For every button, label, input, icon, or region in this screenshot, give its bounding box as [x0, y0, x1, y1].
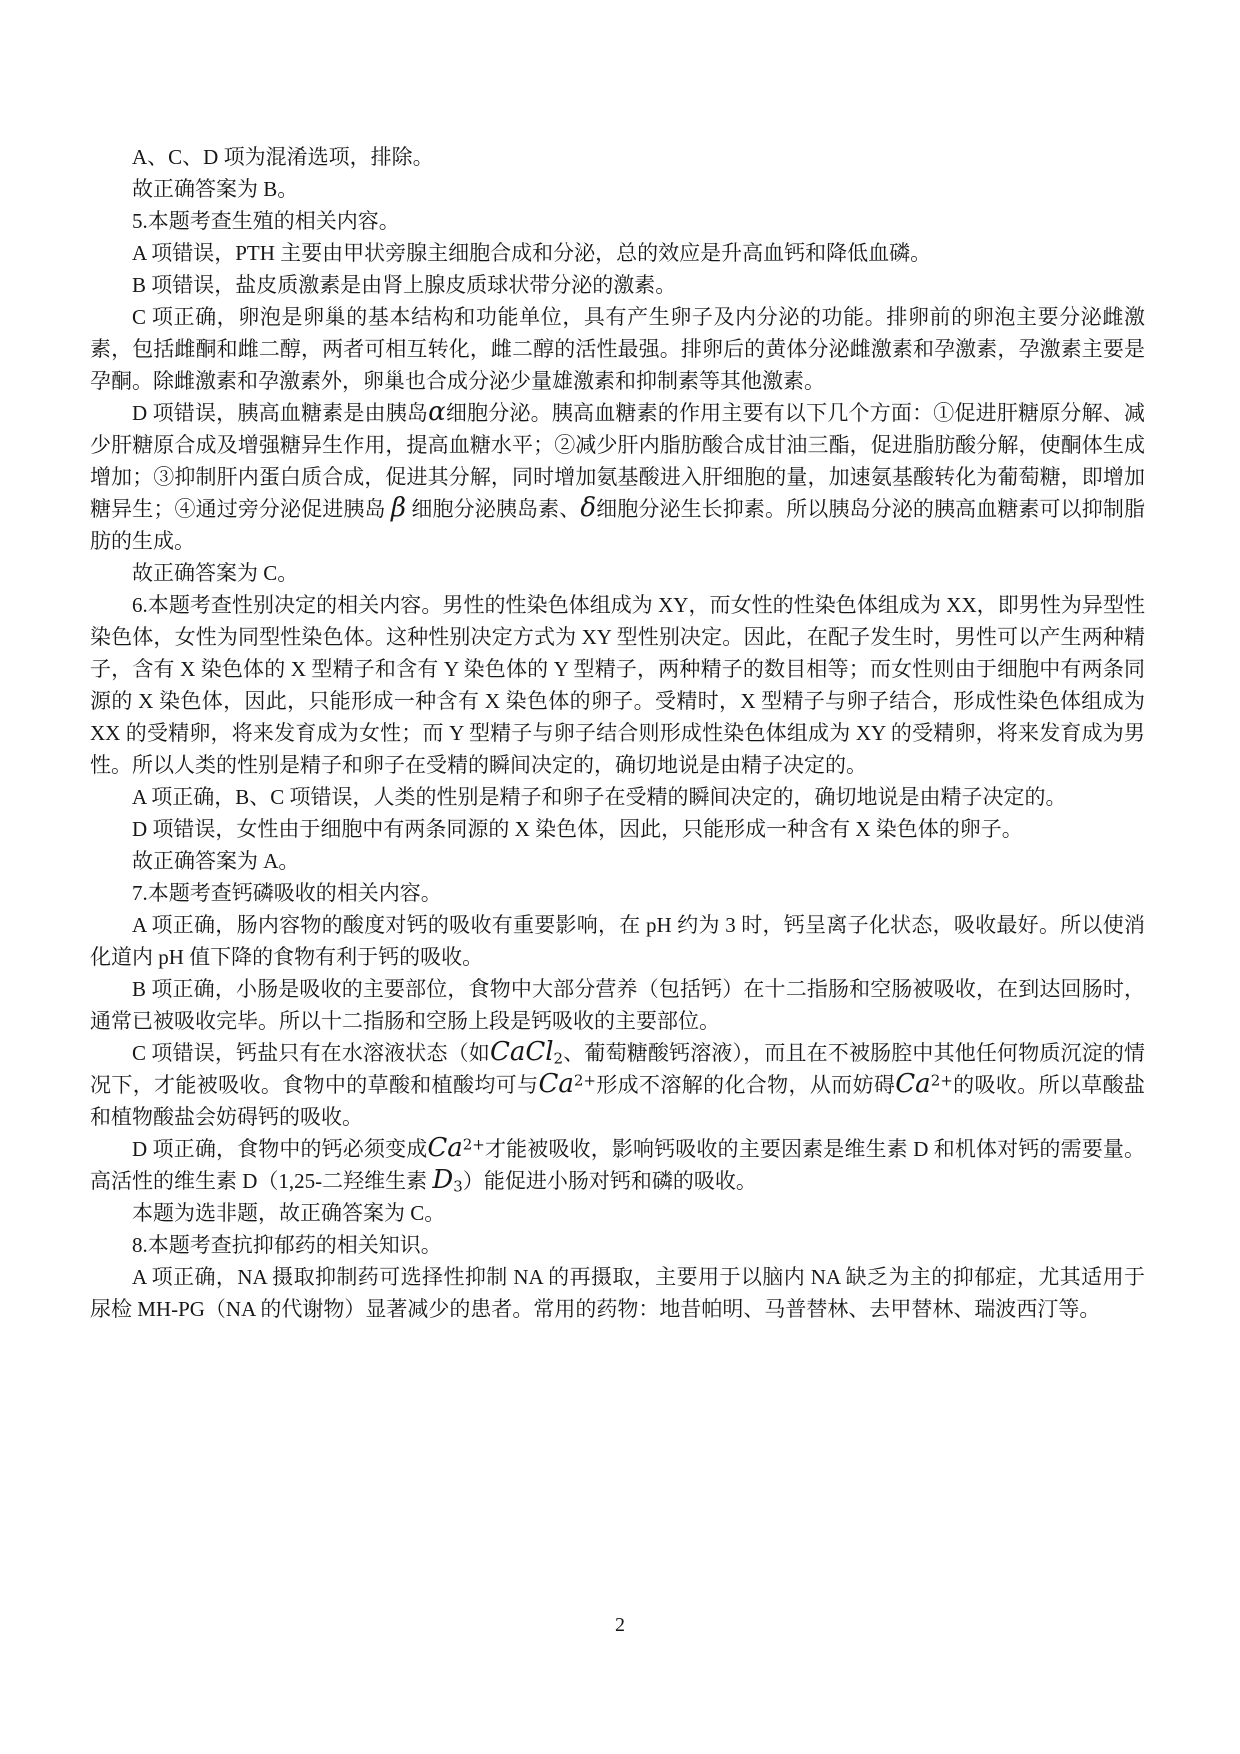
math-inline: δ	[580, 493, 596, 523]
math-inline: Ca2+	[895, 1069, 953, 1099]
math-inline: CaCl2	[490, 1037, 563, 1067]
math-base: CaCl	[490, 1037, 554, 1067]
math-subscript: 3	[453, 1177, 463, 1195]
paragraph: 6.本题考查性别决定的相关内容。男性的性染色体组成为 XY，而女性的性染色体组成…	[90, 589, 1145, 781]
paragraph: D 项错误，胰高血糖素是由胰岛α细胞分泌。胰高血糖素的作用主要有以下几个方面：①…	[90, 397, 1145, 557]
math-base: Ca	[538, 1069, 573, 1099]
math-base: β	[391, 493, 406, 523]
paragraph: A 项正确，肠内容物的酸度对钙的吸收有重要影响，在 pH 约为 3 时，钙呈离子…	[90, 909, 1145, 973]
paragraph: 故正确答案为 B。	[90, 173, 1145, 205]
math-base: D	[432, 1165, 453, 1195]
math-subscript: 2	[554, 1049, 564, 1067]
document-body: A、C、D 项为混淆选项，排除。故正确答案为 B。5.本题考查生殖的相关内容。A…	[90, 141, 1145, 1325]
math-inline: Ca2+	[538, 1069, 596, 1099]
math-inline: D3	[432, 1165, 462, 1195]
paragraph: A 项正确，NA 摄取抑制药可选择性抑制 NA 的再摄取，主要用于以脑内 NA …	[90, 1261, 1145, 1325]
paragraph: C 项正确，卵泡是卵巢的基本结构和功能单位，具有产生卵子及内分泌的功能。排卵前的…	[90, 301, 1145, 397]
paragraph: D 项正确，食物中的钙必须变成Ca2+才能被吸收，影响钙吸收的主要因素是维生素 …	[90, 1133, 1145, 1197]
paragraph: A 项正确，B、C 项错误，人类的性别是精子和卵子在受精的瞬间决定的，确切地说是…	[90, 781, 1145, 813]
paragraph: A 项错误，PTH 主要由甲状旁腺主细胞合成和分泌，总的效应是升高血钙和降低血磷…	[90, 237, 1145, 269]
paragraph: 本题为选非题，故正确答案为 C。	[90, 1197, 1145, 1229]
paragraph: B 项正确，小肠是吸收的主要部位，食物中大部分营养（包括钙）在十二指肠和空肠被吸…	[90, 973, 1145, 1037]
page-footer: 2	[0, 1612, 1240, 1638]
math-base: δ	[580, 493, 596, 523]
paragraph: 故正确答案为 C。	[90, 557, 1145, 589]
math-superscript: 2+	[931, 1071, 953, 1089]
math-inline: α	[428, 397, 446, 427]
math-superscript: 2+	[463, 1135, 485, 1153]
paragraph: D 项错误，女性由于细胞中有两条同源的 X 染色体，因此，只能形成一种含有 X …	[90, 813, 1145, 845]
math-inline: Ca2+	[427, 1133, 485, 1163]
paragraph: 5.本题考查生殖的相关内容。	[90, 205, 1145, 237]
math-superscript: 2+	[574, 1071, 596, 1089]
math-inline: β	[391, 493, 406, 523]
paragraph: B 项错误，盐皮质激素是由肾上腺皮质球状带分泌的激素。	[90, 269, 1145, 301]
page-number: 2	[615, 1614, 625, 1636]
paragraph: 8.本题考查抗抑郁药的相关知识。	[90, 1229, 1145, 1261]
math-base: α	[428, 397, 446, 427]
paragraph: C 项错误，钙盐只有在水溶液状态（如CaCl2、葡萄糖酸钙溶液），而且在不被肠腔…	[90, 1037, 1145, 1133]
paragraph: 故正确答案为 A。	[90, 845, 1145, 877]
paragraph: 7.本题考查钙磷吸收的相关内容。	[90, 877, 1145, 909]
math-base: Ca	[427, 1133, 462, 1163]
math-base: Ca	[895, 1069, 930, 1099]
paragraph: A、C、D 项为混淆选项，排除。	[90, 141, 1145, 173]
document-page: A、C、D 项为混淆选项，排除。故正确答案为 B。5.本题考查生殖的相关内容。A…	[0, 0, 1240, 1754]
